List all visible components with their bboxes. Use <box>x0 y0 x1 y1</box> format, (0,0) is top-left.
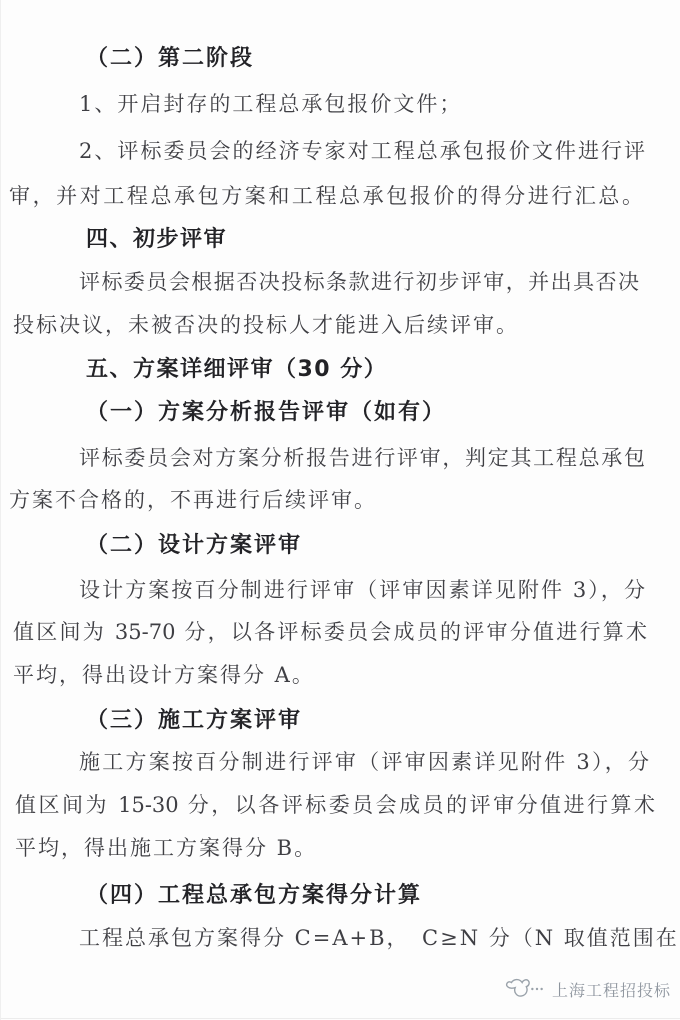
para-preliminary-line1: 评标委员会根据否决投标条款进行初步评审，并出具否决 <box>79 268 639 297</box>
para-open-sealed-bid: 1、开启封存的工程总承包报价文件； <box>79 90 462 119</box>
heading-construction-review: （三）施工方案评审 <box>86 706 302 735</box>
page-bottom-divider <box>1 1018 680 1019</box>
para-design-line1: 设计方案按百分制进行评审（评审因素详见附件 3），分 <box>79 576 645 605</box>
para-design-line2: 值区间为 35-70 分，以各评标委员会成员的评审分值进行算术 <box>13 618 647 647</box>
para-score-formula: 工程总承包方案得分 C=A+B， C≥N 分（N 取值范围在 <box>79 924 679 953</box>
para-economic-experts-line1: 2、评标委员会的经济专家对工程总承包报价文件进行评 <box>79 137 645 166</box>
heading-analysis-report-review: （一）方案分析报告评审（如有） <box>86 398 446 427</box>
para-analysis-line1: 评标委员会对方案分析报告进行评审，判定其工程总承包 <box>79 444 645 473</box>
para-construction-line1: 施工方案按百分制进行评审（评审因素详见附件 3），分 <box>79 748 649 777</box>
para-economic-experts-line2: 审，并对工程总承包方案和工程总承包报价的得分进行汇总。 <box>9 182 643 211</box>
heading-score-calculation: （四）工程总承包方案得分计算 <box>86 881 422 910</box>
para-construction-line3: 平均，得出施工方案得分 B。 <box>15 834 317 863</box>
bird-logo-icon <box>503 976 545 1002</box>
heading-design-review: （二）设计方案评审 <box>86 531 302 560</box>
para-design-line3: 平均，得出设计方案得分 A。 <box>13 661 315 690</box>
document-page: （二）第二阶段 1、开启封存的工程总承包报价文件； 2、评标委员会的经济专家对工… <box>0 0 680 1020</box>
heading-second-stage: （二）第二阶段 <box>86 44 254 73</box>
para-construction-line2: 值区间为 15-30 分，以各评标委员会成员的评审分值进行算术 <box>15 791 655 820</box>
para-analysis-line2: 方案不合格的，不再进行后续评审。 <box>9 486 377 515</box>
heading-detailed-review: 五、方案详细评审（30 分） <box>86 355 387 384</box>
watermark-text: 上海工程招投标 <box>552 978 671 1001</box>
watermark: 上海工程招投标 <box>503 974 671 1004</box>
para-preliminary-line2: 投标决议，未被否决的投标人才能进入后续评审。 <box>13 311 519 340</box>
heading-preliminary-review: 四、初步评审 <box>86 225 227 254</box>
